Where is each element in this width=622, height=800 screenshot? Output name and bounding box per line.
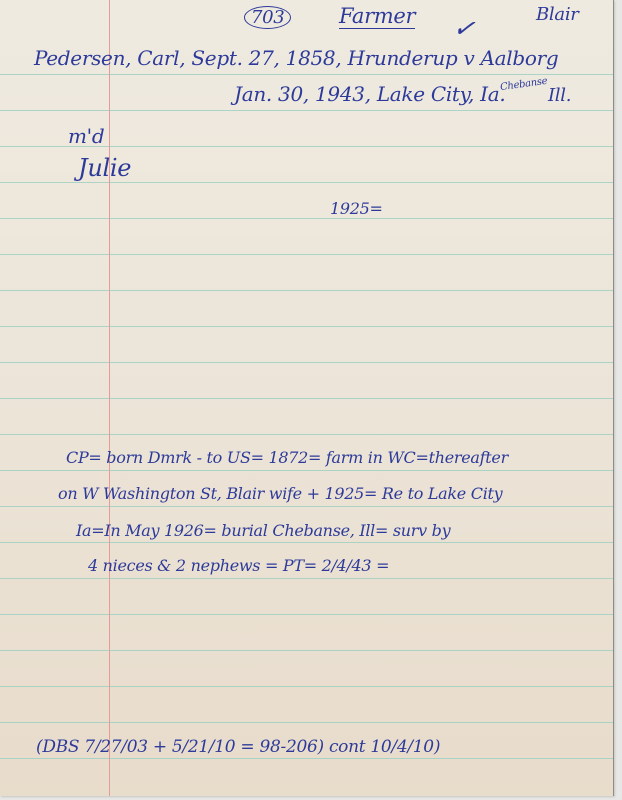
ruled-line <box>0 614 613 615</box>
margin-line <box>109 0 110 796</box>
ruled-line <box>0 290 613 291</box>
spouse-year: 1925= <box>330 199 383 218</box>
married-label: m'd <box>68 124 104 148</box>
ruled-line <box>0 542 613 543</box>
entry-line-2-end: Ill. <box>548 85 571 106</box>
notes-line-2: on W Washington St, Blair wife + 1925= R… <box>58 484 502 503</box>
occupation: Farmer <box>339 4 415 29</box>
check-mark-icon: ✓ <box>451 13 476 46</box>
entry-line-2-insert: Chebanse <box>499 76 548 93</box>
entry-line-1: Pedersen, Carl, Sept. 27, 1858, Hrunderu… <box>34 46 558 70</box>
notes-line-4: 4 nieces & 2 nephews = PT= 2/4/43 = <box>88 556 389 575</box>
ruled-line <box>0 686 613 687</box>
ruled-line <box>0 722 613 723</box>
ruled-line <box>0 578 613 579</box>
ruled-line <box>0 110 613 111</box>
ruled-line <box>0 74 613 75</box>
spouse-name: Julie <box>78 154 131 182</box>
record-number: 703 <box>244 6 291 29</box>
ruled-line <box>0 254 613 255</box>
notes-line-1: CP= born Dmrk - to US= 1872= farm in WC=… <box>66 448 508 467</box>
ruled-line <box>0 398 613 399</box>
footer-citation: (DBS 7/27/03 + 5/21/10 = 98-206) cont 10… <box>36 737 440 757</box>
ruled-line <box>0 650 613 651</box>
notes-line-3: Ia=In May 1926= burial Chebanse, Ill= su… <box>76 521 450 540</box>
ruled-line <box>0 470 613 471</box>
ruled-line <box>0 218 613 219</box>
ruled-line <box>0 326 613 327</box>
ruled-line <box>0 758 613 759</box>
ruled-line <box>0 434 613 435</box>
notebook-page: 703 Farmer ✓ Blair Pedersen, Carl, Sept.… <box>0 0 614 796</box>
ruled-line <box>0 506 613 507</box>
source-name: Blair <box>536 4 579 25</box>
entry-line-2: Jan. 30, 1943, Lake City, Ia. <box>234 82 505 106</box>
ruled-line <box>0 182 613 183</box>
ruled-line <box>0 362 613 363</box>
